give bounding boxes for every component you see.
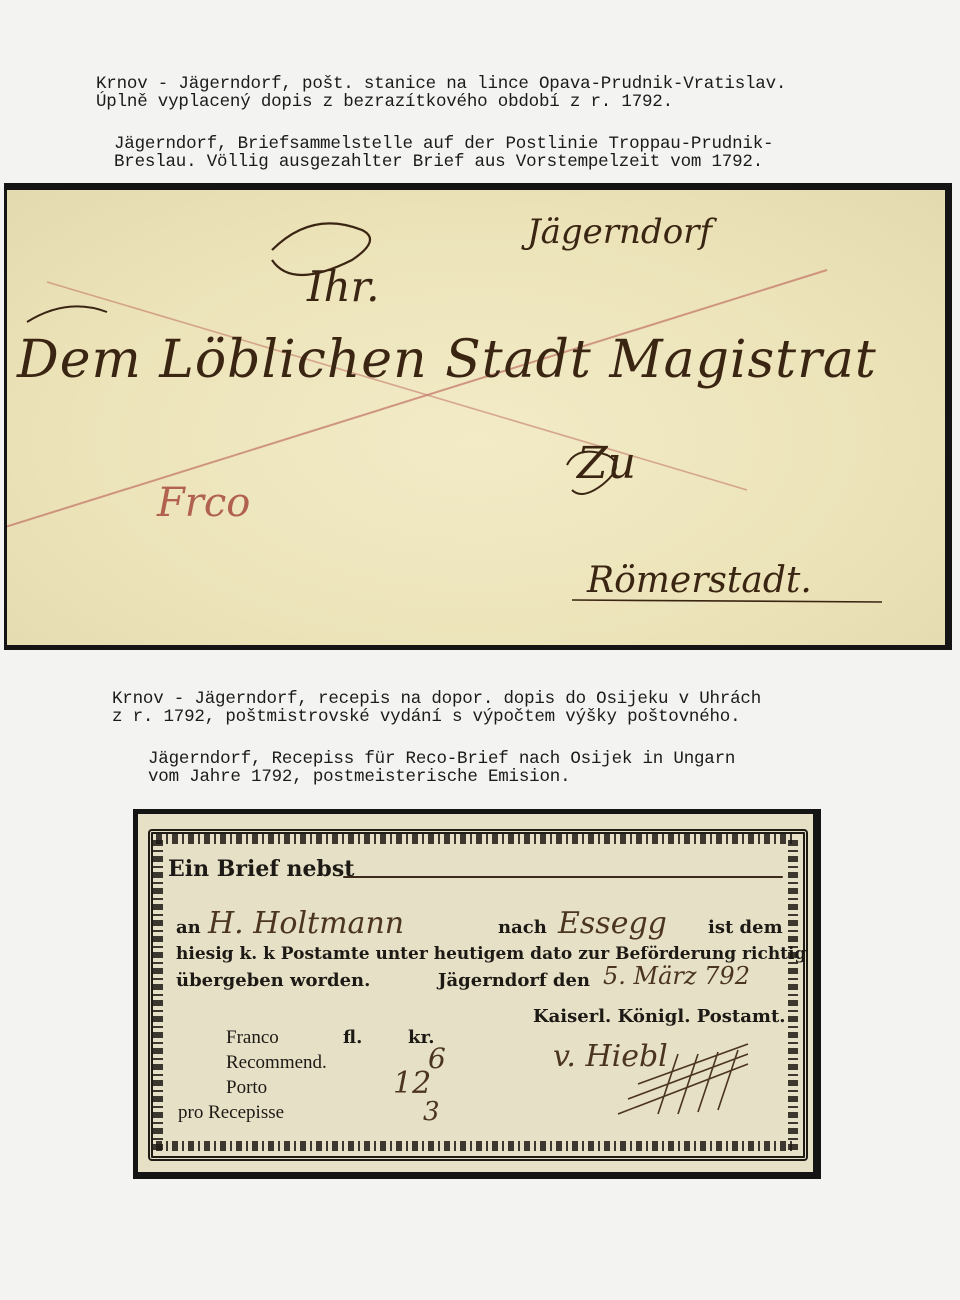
caption-line: Úplně vyplacený dopis z bezrazítkového o… [96,93,786,111]
caption-top-czech: Krnov - Jägerndorf, pošt. stanice na lin… [96,75,786,111]
receipt-mount: Ein Brief nebst an H. Holtmann nach Esse… [133,809,821,1179]
address-zu: Zu [577,438,636,489]
caption-bottom-german: Jägerndorf, Recepiss für Reco-Brief nach… [148,750,735,786]
franco-mark: Frco [157,480,250,526]
caption-line: Jägerndorf, Recepiss für Reco-Brief nach… [148,750,735,768]
address-line: Dem Löblichen Stadt Magistrat [17,330,877,390]
caption-line: Breslau. Völlig ausgezahlter Brief aus V… [114,153,773,171]
caption-top-german: Jägerndorf, Briefsammelstelle auf der Po… [114,135,773,171]
caption-line: z r. 1792, poštmistrovské vydání s výpoč… [112,708,761,726]
caption-line: vom Jahre 1792, postmeisterische Emision… [148,768,735,786]
caption-line: Jägerndorf, Briefsammelstelle auf der Po… [114,135,773,153]
cover-mount: Jägerndorf Ihr. Dem Löblichen Stadt Magi… [4,183,952,650]
origin-manuscript-mark: Jägerndorf [527,212,712,252]
caption-line: Krnov - Jägerndorf, pošt. stanice na lin… [96,75,786,93]
caption-bottom-czech: Krnov - Jägerndorf, recepis na dopor. do… [112,690,761,726]
letter-cover: Jägerndorf Ihr. Dem Löblichen Stadt Magi… [7,190,945,645]
address-destination: Römerstadt. [587,560,812,601]
caption-line: Krnov - Jägerndorf, recepis na dopor. do… [112,690,761,708]
address-honorific: Ihr. [307,262,379,311]
postal-receipt: Ein Brief nebst an H. Holtmann nach Esse… [138,814,813,1172]
signature-flourish-icon [138,814,813,1172]
